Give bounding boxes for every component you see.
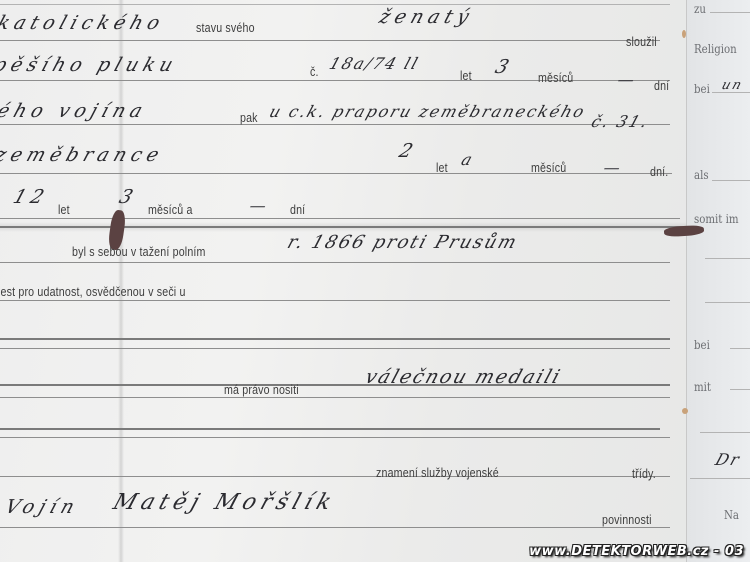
handwritten-years: 3	[492, 56, 516, 78]
ruled-line	[0, 40, 660, 41]
label-bravery: jest pro udatnost, osvědčenou v seči u	[0, 284, 186, 299]
right-label-als: als	[694, 168, 709, 182]
ruled-line	[0, 173, 672, 174]
vertical-fold	[118, 0, 124, 562]
right-label-na: Na	[724, 508, 739, 522]
handwritten-battalion-number: č. 31.	[589, 112, 652, 131]
ruled-line	[0, 397, 670, 398]
label-stavu-sveho: stavu svého	[196, 20, 255, 35]
handwritten-battalion: u c.k. praporu zeměbraneckého	[267, 102, 589, 121]
ruled-line	[700, 432, 750, 433]
handwritten-medal: válečnou medaili	[362, 366, 564, 388]
label-dni: dní.	[650, 164, 668, 179]
label-mesicu: měsíců	[531, 160, 566, 175]
handwritten-soldier-name: Matěj Mořšlík	[110, 490, 339, 515]
right-label-somit-im: somit im	[694, 212, 739, 226]
label-dni: dní	[290, 202, 305, 217]
handwritten-dash: —	[601, 158, 625, 177]
ruled-line	[710, 12, 750, 13]
label-service-badge: znamení služby vojenské	[376, 465, 499, 480]
label-let: let	[58, 202, 70, 217]
handwritten-campaign: r. 1866 proti Prusům	[285, 232, 521, 253]
label-povinnosti: povinnosti	[602, 512, 652, 527]
handwritten-regiment-number: 18a/74 ll	[327, 54, 422, 73]
ruled-line	[0, 226, 690, 228]
ruled-line	[0, 262, 670, 263]
handwritten-reserve: zeměbrance	[0, 144, 167, 166]
pin-hole	[682, 30, 686, 38]
right-label-bei-2: bei	[694, 338, 710, 352]
ruled-line	[0, 218, 680, 219]
handwritten-days: —	[615, 70, 639, 89]
ruled-line	[730, 348, 750, 349]
right-label-bei: bei	[694, 82, 710, 96]
handwritten-reserve-years: 2	[396, 140, 420, 162]
watermark: www.DETEKTORWEB.cz - 03	[529, 544, 744, 559]
ruled-line	[0, 348, 670, 349]
label-let: let	[436, 160, 448, 175]
handwritten-total-years: 12	[10, 186, 51, 208]
ruled-line	[0, 476, 670, 477]
ruled-line	[0, 338, 670, 340]
label-mesicu: měsíců	[538, 70, 573, 85]
label-slouzil: sloužil	[626, 34, 657, 49]
right-label-religion: Religion	[694, 42, 737, 56]
label-cislo: č.	[310, 64, 319, 79]
ruled-line	[0, 384, 670, 386]
ruled-line	[0, 300, 670, 301]
handwritten-regiment-type: pěšího pluku	[0, 54, 181, 76]
ruled-line	[730, 389, 750, 390]
ruled-line	[0, 124, 670, 125]
label-pak: pak	[240, 110, 258, 125]
handwritten-religion: katolického	[0, 12, 168, 34]
label-mesicu-a: měsíců a	[148, 202, 193, 217]
handwritten-a: a	[459, 150, 477, 169]
label-class: třídy.	[632, 466, 656, 481]
handwritten-rank-name: Vojín	[2, 496, 82, 518]
label-let: let	[460, 68, 472, 83]
handwritten-rank: ého vojína	[0, 100, 150, 122]
ruled-line	[705, 302, 750, 303]
right-label-zu: zu	[694, 2, 706, 16]
handwritten-marital-status: ženatý	[376, 6, 476, 28]
ruled-line	[0, 4, 670, 5]
ruled-line	[712, 180, 750, 181]
ruled-line	[0, 428, 660, 430]
document-paper: katolického stavu svého ženatý sloužil p…	[0, 0, 750, 562]
ruled-line	[0, 437, 670, 438]
ruled-line	[690, 478, 750, 479]
label-medal-right: má právo nositi	[224, 382, 299, 397]
ruled-line	[0, 527, 670, 528]
pin-hole	[682, 408, 688, 414]
label-campaign: byl s sebou v tažení polním	[72, 244, 206, 259]
right-label-mit: mit	[694, 380, 711, 394]
ruled-line	[705, 258, 750, 259]
handwritten-dash: —	[247, 196, 271, 215]
label-dni: dní	[654, 78, 669, 93]
